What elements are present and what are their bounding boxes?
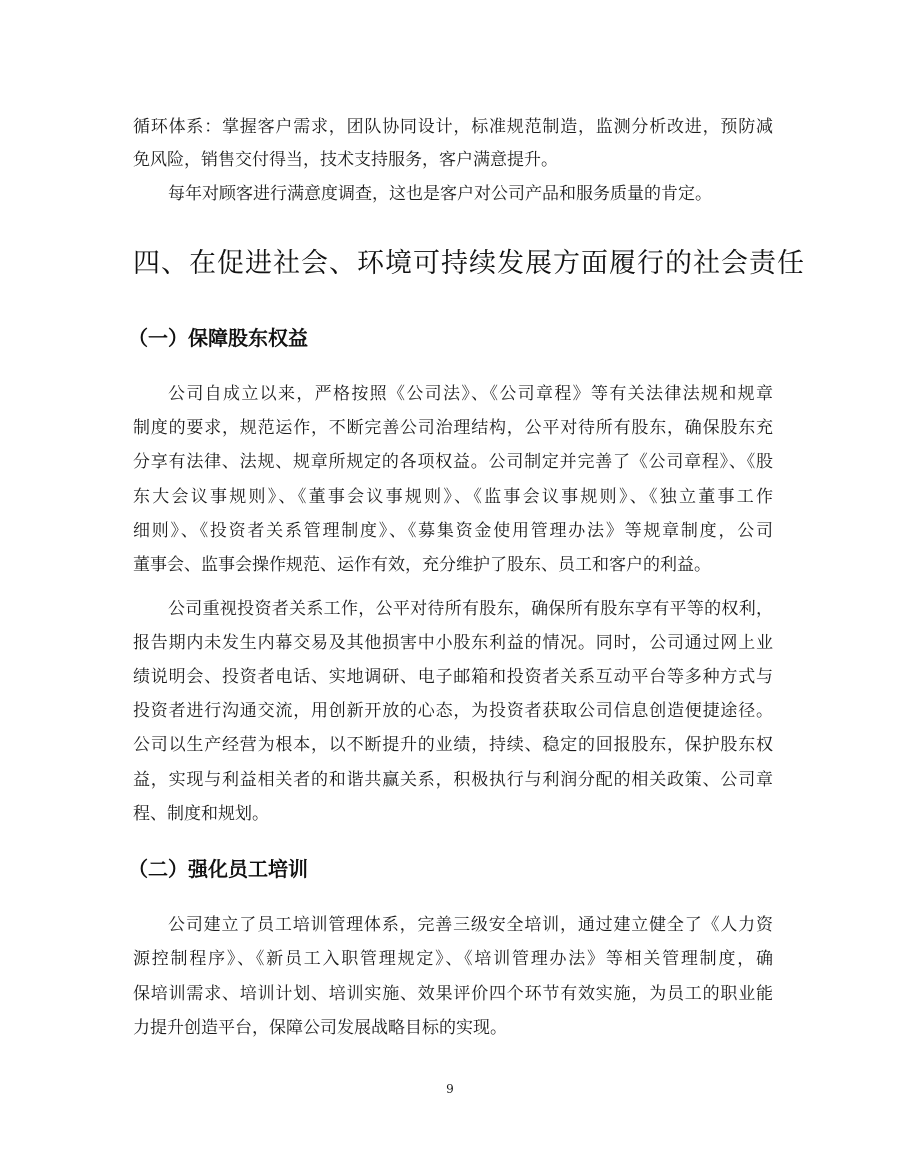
paragraph-line: 保培训需求、培训计划、培训实施、效果评价四个环节有效实施，为员工的职业能	[133, 983, 773, 1005]
paragraph-line: 公司自成立以来，严格按照《公司法》、《公司章程》等有关法律法规和规章	[168, 383, 773, 405]
subsection-heading: （一）保障股东权益	[128, 325, 308, 351]
paragraph-line: 公司建立了员工培训管理体系，完善三级安全培训，通过建立健全了《人力资	[168, 914, 773, 936]
paragraph-line: 公司重视投资者关系工作，公平对待所有股东，确保所有股东享有平等的权利，	[168, 598, 773, 620]
paragraph-line: 免风险，销售交付得当，技术支持服务，客户满意提升。	[133, 149, 773, 171]
paragraph-line: 每年对顾客进行满意度调查，这也是客户对公司产品和服务质量的肯定。	[168, 183, 773, 205]
subsection-heading: （二）强化员工培训	[128, 856, 308, 882]
paragraph-line: 东大会议事规则》、《董事会议事规则》、《监事会议事规则》、《独立董事工作	[133, 486, 773, 508]
paragraph-line: 投资者进行沟通交流，用创新开放的心态，为投资者获取公司信息创造便捷途径。	[133, 700, 773, 722]
paragraph-line: 董事会、监事会操作规范、运作有效，充分维护了股东、员工和客户的利益。	[133, 554, 773, 576]
paragraph-line: 程、制度和规划。	[133, 803, 773, 825]
paragraph-line: 报告期内未发生内幕交易及其他损害中小股东利益的情况。同时，公司通过网上业	[133, 632, 773, 654]
paragraph-line: 益，实现与利益相关者的和谐共赢关系，积极执行与利润分配的相关政策、公司章	[133, 769, 773, 791]
paragraph-line: 分享有法律、法规、规章所规定的各项权益。公司制定并完善了《公司章程》、《股	[133, 451, 773, 473]
paragraph-line: 源控制程序》、《新员工入职管理规定》、《培训管理办法》等相关管理制度，确	[133, 948, 773, 970]
paragraph-line: 循环体系：掌握客户需求，团队协同设计，标准规范制造，监测分析改进，预防减	[133, 116, 773, 138]
section-heading: 四、在促进社会、环境可持续发展方面履行的社会责任	[133, 247, 805, 281]
paragraph-line: 力提升创造平台，保障公司发展战略目标的实现。	[133, 1017, 773, 1039]
paragraph-line: 细则》、《投资者关系管理制度》、《募集资金使用管理办法》等规章制度，公司	[133, 520, 773, 542]
paragraph-line: 绩说明会、投资者电话、实地调研、电子邮箱和投资者关系互动平台等多种方式与	[133, 666, 773, 688]
page-number: 9	[0, 1082, 900, 1096]
paragraph-line: 制度的要求，规范运作，不断完善公司治理结构，公平对待所有股东，确保股东充	[133, 417, 773, 439]
paragraph-line: 公司以生产经营为根本，以不断提升的业绩，持续、稳定的回报股东，保护股东权	[133, 734, 773, 756]
